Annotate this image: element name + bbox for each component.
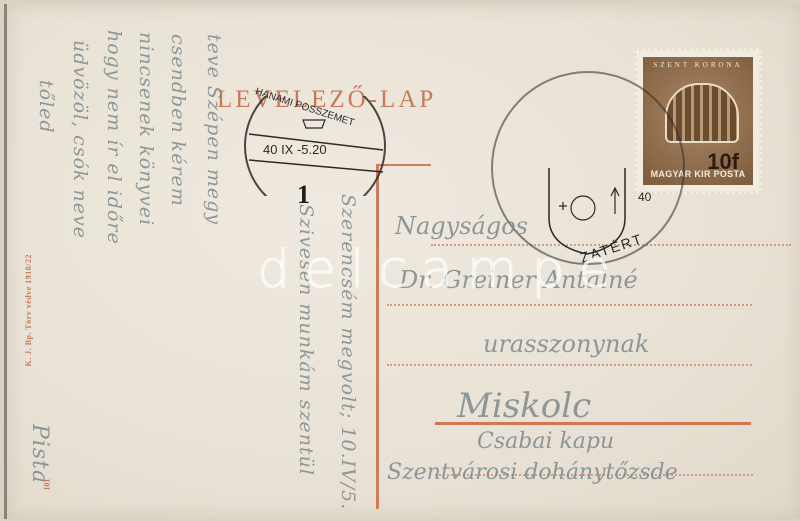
postmark-1-date: 40 IX -5.20 xyxy=(263,142,327,157)
message-line: teve Szépen megy xyxy=(203,34,225,225)
cross-icon xyxy=(559,202,567,210)
crown-icon xyxy=(303,120,325,128)
postmark-2-year: 40 xyxy=(638,190,651,204)
bull-head-icon xyxy=(571,196,595,220)
message-line: tőled xyxy=(35,80,57,134)
postcard: LEVELEZŐ-LAP K. J. Bp. Törv védve 1918/2… xyxy=(4,4,800,519)
fleur-de-lis-icon xyxy=(611,188,619,214)
divider-line xyxy=(376,164,379,509)
watermark: delcampe xyxy=(257,240,625,300)
address-title: urasszonynak xyxy=(483,330,649,358)
address-city: Miskolc xyxy=(457,386,591,426)
message-line: hogy nem ír el időre xyxy=(103,30,125,245)
address-salutation: Nagyságos xyxy=(395,212,528,240)
address-line-3 xyxy=(387,364,752,366)
message-line: csendben kérem xyxy=(167,34,189,207)
address-line-2 xyxy=(387,304,752,306)
message-line: nincsenek könyvei xyxy=(135,32,157,226)
message-line: üdvözöl, csók neve xyxy=(69,40,91,239)
address-street: Csabai kapu xyxy=(477,429,614,454)
publisher-imprint: K. J. Bp. Törv védve 1918/22 xyxy=(24,254,33,367)
address-business: Szentvárosi dohánytőzsde xyxy=(387,460,678,485)
signature: Pista xyxy=(27,424,52,484)
